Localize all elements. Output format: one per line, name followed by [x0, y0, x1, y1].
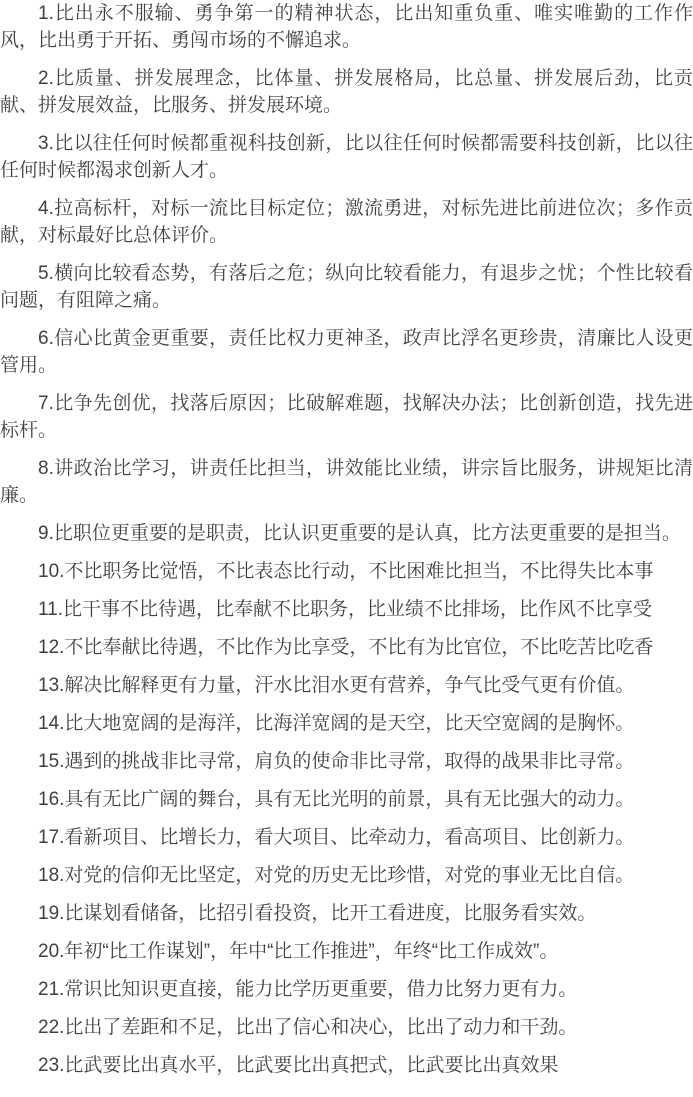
list-item: 17.看新项目、比增长力，看大项目、比牵动力，看高项目、比创新力。 — [0, 824, 693, 851]
list-item: 10.不比职务比觉悟，不比表态比行动，不比困难比担当，不比得失比本事 — [0, 558, 693, 585]
list-item: 5.横向比较看态势，有落后之危；纵向比较看能力，有退步之忧；个性比较看问题，有阻… — [0, 260, 693, 314]
list-item: 23.比武要比出真水平，比武要比出真把式，比武要比出真效果 — [0, 1052, 693, 1079]
list-item: 1.比出永不服输、勇争第一的精神状态，比出知重负重、唯实唯勤的工作作风，比出勇于… — [0, 0, 693, 54]
list-item: 21.常识比知识更直接，能力比学历更重要，借力比努力更有力。 — [0, 976, 693, 1003]
list-item: 15.遇到的挑战非比寻常，肩负的使命非比寻常，取得的战果非比寻常。 — [0, 748, 693, 775]
list-item: 4.拉高标杆，对标一流比目标定位；激流勇进，对标先进比前进位次；多作贡献，对标最… — [0, 195, 693, 249]
document-body: 1.比出永不服输、勇争第一的精神状态，比出知重负重、唯实唯勤的工作作风，比出勇于… — [0, 0, 693, 1079]
list-item: 2.比质量、拼发展理念，比体量、拼发展格局，比总量、拼发展后劲，比贡献、拼发展效… — [0, 65, 693, 119]
list-item: 18.对党的信仰无比坚定，对党的历史无比珍惜，对党的事业无比自信。 — [0, 862, 693, 889]
list-item: 19.比谋划看储备，比招引看投资，比开工看进度，比服务看实效。 — [0, 900, 693, 927]
list-item: 12.不比奉献比待遇，不比作为比享受，不比有为比官位，不比吃苦比吃香 — [0, 634, 693, 661]
list-item: 22.比出了差距和不足，比出了信心和决心，比出了动力和干劲。 — [0, 1014, 693, 1041]
list-item: 20.年初“比工作谋划”，年中“比工作推进”，年终“比工作成效”。 — [0, 938, 693, 965]
list-item: 14.比大地宽阔的是海洋，比海洋宽阔的是天空，比天空宽阔的是胸怀。 — [0, 710, 693, 737]
paragraph-list: 1.比出永不服输、勇争第一的精神状态，比出知重负重、唯实唯勤的工作作风，比出勇于… — [0, 0, 693, 1079]
list-item: 16.具有无比广阔的舞台，具有无比光明的前景，具有无比强大的动力。 — [0, 786, 693, 813]
list-item: 8.讲政治比学习，讲责任比担当，讲效能比业绩，讲宗旨比服务，讲规矩比清廉。 — [0, 455, 693, 509]
list-item: 13.解决比解释更有力量，汗水比泪水更有营养，争气比受气更有价值。 — [0, 672, 693, 699]
list-item: 9.比职位更重要的是职责，比认识更重要的是认真，比方法更重要的是担当。 — [0, 520, 693, 547]
list-item: 7.比争先创优，找落后原因；比破解难题，找解决办法；比创新创造，找先进标杆。 — [0, 390, 693, 444]
list-item: 6.信心比黄金更重要，责任比权力更神圣，政声比浮名更珍贵，清廉比人设更管用。 — [0, 325, 693, 379]
list-item: 3.比以往任何时候都重视科技创新，比以往任何时候都需要科技创新，比以往任何时候都… — [0, 130, 693, 184]
list-item: 11.比干事不比待遇，比奉献不比职务，比业绩不比排场，比作风不比享受 — [0, 596, 693, 623]
